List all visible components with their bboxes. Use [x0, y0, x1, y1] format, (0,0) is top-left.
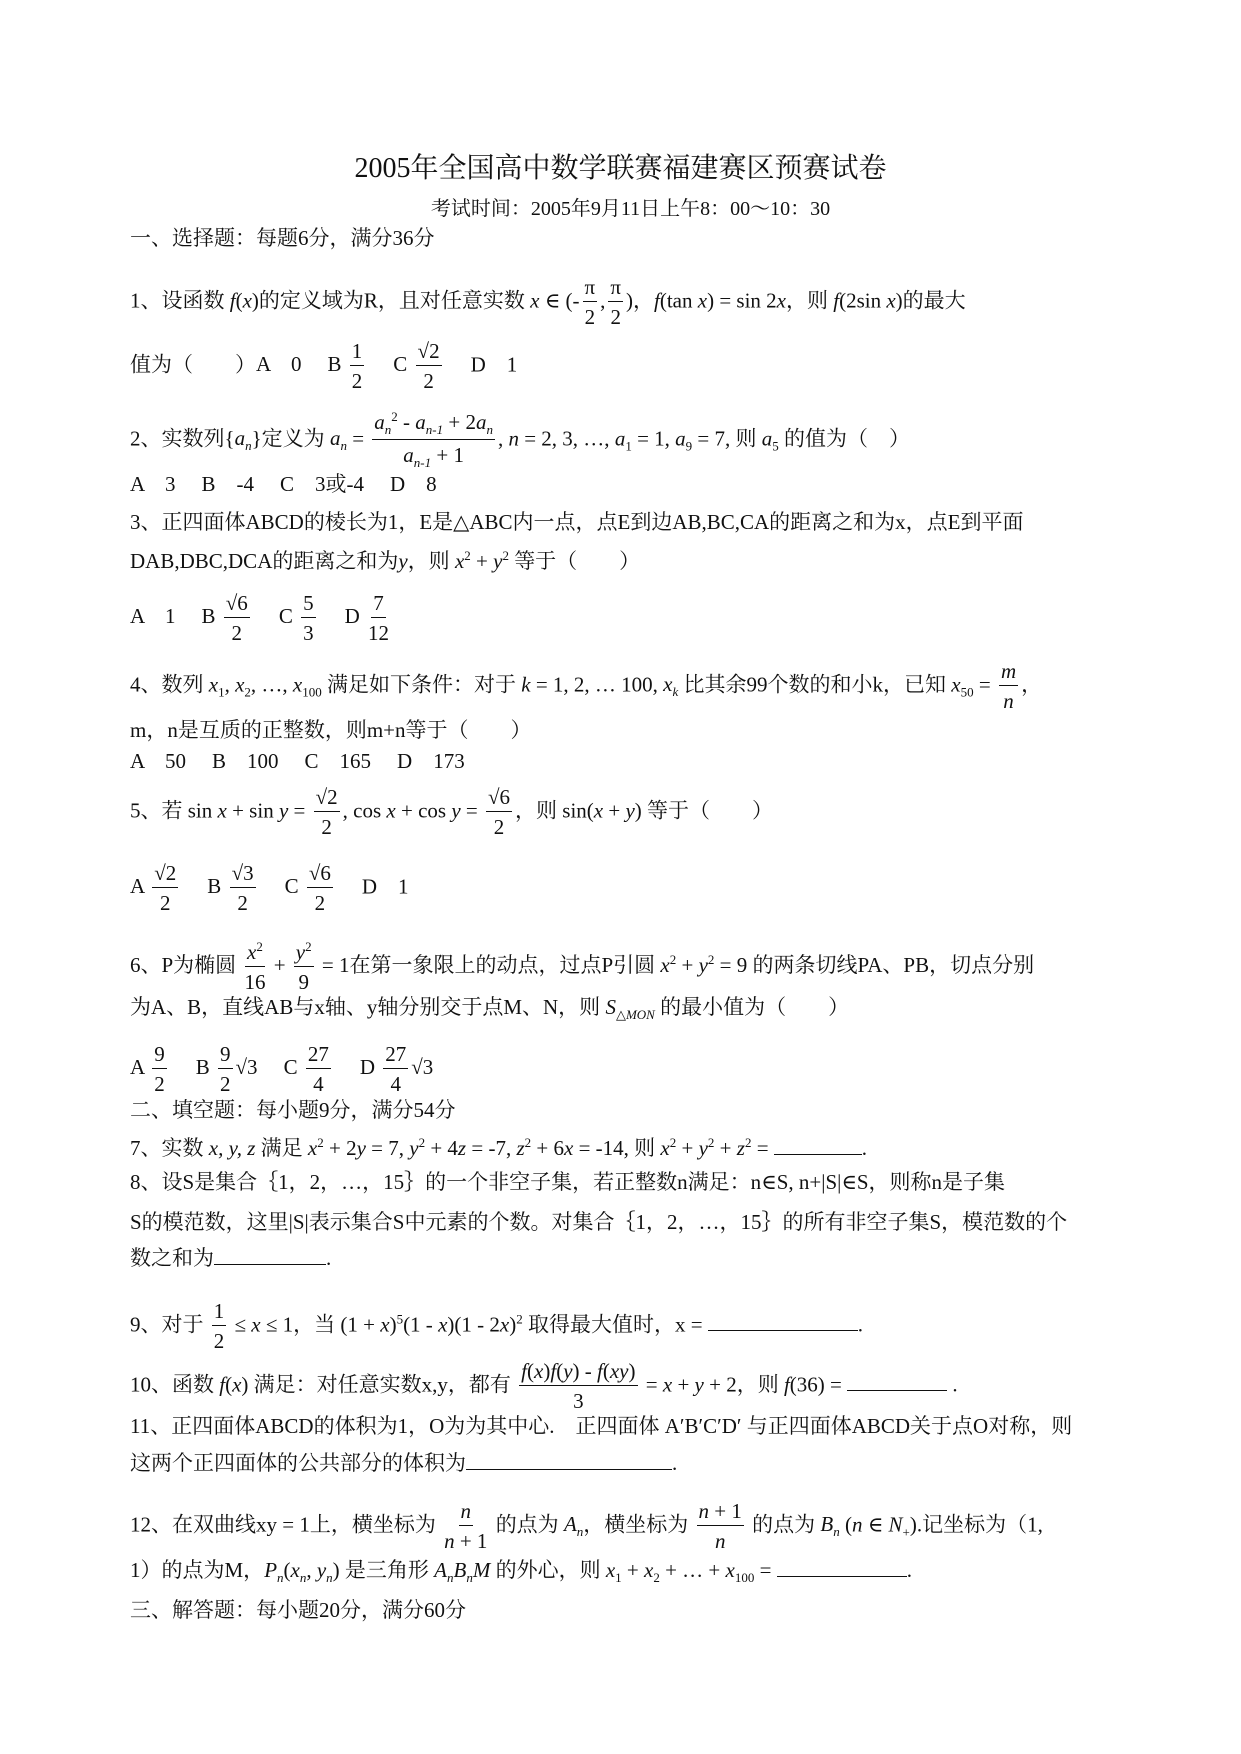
- question-11-line-1: 11、正四面体ABCD的体积为1，O为为其中心. 正四面体 A′B′C′D′ 与…: [130, 1416, 1072, 1437]
- section-heading-fill: 二、填空题：每小题9分，满分54分: [130, 1100, 456, 1121]
- section-heading-choice: 一、选择题：每题6分，满分36分: [130, 228, 435, 249]
- question-11-line-2: 这两个正四面体的公共部分的体积为.: [130, 1453, 677, 1474]
- question-6-line-2: 为A、B，直线AB与x轴、y轴分别交于点M、N，则 S△MON 的最小值为（ ）: [130, 997, 849, 1021]
- question-9: 9、对于 12 ≤ x ≤ 1，当 (1 + x)5(1 - x)(1 - 2x…: [130, 1300, 863, 1353]
- answer-blank-9[interactable]: [708, 1314, 858, 1331]
- question-8-line-3: 数之和为.: [130, 1248, 331, 1269]
- question-8-line-1: 8、设S是集合｛1，2，…，15｝的一个非空子集，若正整数n满足：n∈S, n+…: [130, 1172, 1005, 1193]
- question-6-line-1: 6、P为椭圆 x216 + y29 = 1在第一象限上的动点，过点P引圆 x2 …: [130, 940, 1034, 994]
- section-heading-solve: 三、解答题：每小题20分，满分60分: [130, 1600, 466, 1621]
- answer-blank-7[interactable]: [774, 1138, 862, 1155]
- question-1-line-2: 值为（ ）A 0B 12C √22D 1: [130, 340, 517, 393]
- question-4-line-1: 4、数列 x1, x2, …, x100 满足如下条件：对于 k = 1, 2,…: [130, 660, 1042, 713]
- question-3-line-2: DAB,DBC,DCA的距离之和为y，则 x2 + y2 等于（ ）: [130, 549, 640, 572]
- question-2-options: A 3B -4C 3或-4D 8: [130, 474, 437, 495]
- question-6-options: A 92B 92√3C 274D 274√3: [130, 1043, 433, 1096]
- question-3-options: A 1B √62C 53D 712: [130, 592, 392, 645]
- exam-time: 考试时间：2005年9月11日上午8：00～10：30: [0, 192, 1241, 221]
- question-4-options: A 50B 100C 165D 173: [130, 751, 465, 772]
- answer-blank-8[interactable]: [214, 1248, 326, 1265]
- question-8-line-2: S的模范数，这里|S|表示集合S中元素的个数。对集合｛1，2，…，15｝的所有非…: [130, 1212, 1067, 1233]
- question-5-line-1: 5、若 sin x + sin y = √22, cos x + cos y =…: [130, 786, 773, 839]
- question-2-line-1: 2、实数列{an}定义为 an = an2 - an-1 + 2anan-1 +…: [130, 410, 910, 471]
- question-10: 10、函数 f(x) 满足：对任意实数x,y，都有 f(x)f(y) - f(x…: [130, 1360, 958, 1413]
- question-12-line-2: 1）的点为M，Pn(xn, yn) 是三角形 AnBnM 的外心，则 x1 + …: [130, 1560, 912, 1584]
- question-12-line-1: 12、在双曲线xy = 1上，横坐标为 nn + 1 的点为 An，横坐标为 n…: [130, 1500, 1043, 1553]
- exam-page: 2005年全国高中数学联赛福建赛区预赛试卷 考试时间：2005年9月11日上午8…: [0, 0, 1241, 1754]
- question-1-line-1: 1、设函数 f(x)的定义域为R，且对任意实数 x ∈ (-π2,π2)，f(t…: [130, 276, 966, 329]
- page-title: 2005年全国高中数学联赛福建赛区预赛试卷: [0, 146, 1241, 186]
- answer-blank-12[interactable]: [777, 1560, 907, 1577]
- question-7: 7、实数 x, y, z 满足 x2 + 2y = 7, y2 + 4z = -…: [130, 1136, 867, 1159]
- answer-blank-11[interactable]: [466, 1453, 672, 1470]
- question-4-line-2: m，n是互质的正整数，则m+n等于（ ）: [130, 720, 532, 741]
- answer-blank-10[interactable]: [847, 1374, 947, 1391]
- question-3-line-1: 3、正四面体ABCD的棱长为1，E是△ABC内一点，点E到边AB,BC,CA的距…: [130, 512, 1024, 533]
- question-5-options: A √22B √32C √62D 1: [130, 862, 409, 915]
